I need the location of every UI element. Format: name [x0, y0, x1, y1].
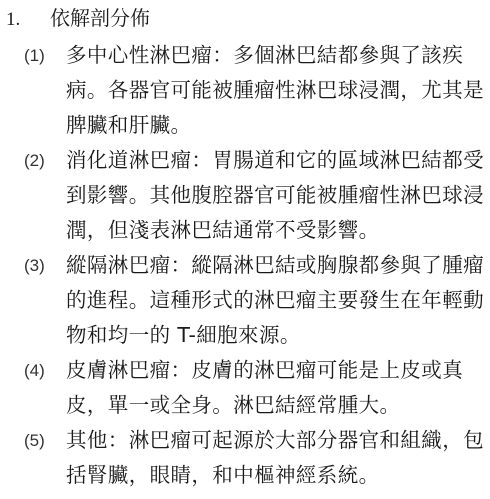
text-line: 其他：淋巴瘤可起源於大部分器官和組織，包 — [66, 423, 478, 458]
section-number: 1. — [6, 6, 50, 34]
item-marker: (4) — [24, 353, 45, 388]
text-line: 的進程。這種形式的淋巴瘤主要發生在年輕動 — [66, 283, 478, 318]
text-line: 物和均一的 T-細胞來源。 — [66, 318, 478, 353]
text-line: 縱隔淋巴瘤：縱隔淋巴結或胸腺都參與了腫瘤 — [66, 248, 478, 283]
text-line: 皮膚淋巴瘤：皮膚的淋巴瘤可能是上皮或真 — [66, 353, 478, 388]
item-text: 其他：淋巴瘤可起源於大部分器官和組織，包 括腎臟，眼睛，和中樞神經系統。 — [66, 423, 478, 493]
item-marker: (2) — [24, 143, 45, 178]
item-text: 縱隔淋巴瘤：縱隔淋巴結或胸腺都參與了腫瘤 的進程。這種形式的淋巴瘤主要發生在年輕… — [66, 248, 478, 353]
item-text: 皮膚淋巴瘤：皮膚的淋巴瘤可能是上皮或真 皮，單一或全身。淋巴結經常腫大。 — [66, 353, 478, 423]
section-title: 依解剖分佈 — [50, 6, 150, 30]
item-text: 消化道淋巴瘤：胃腸道和它的區域淋巴結都受 到影響。其他腹腔器官可能被腫瘤性淋巴球… — [66, 143, 478, 248]
item-text: 多中心性淋巴瘤：多個淋巴結都參與了該疾 病。各器官可能被腫瘤性淋巴球浸潤，尤其是… — [66, 38, 478, 143]
item-marker: (1) — [24, 38, 45, 73]
text-line: 潤，但淺表淋巴結通常不受影響。 — [66, 213, 478, 248]
text-line: 脾臟和肝臟。 — [66, 108, 478, 143]
item-marker: (3) — [24, 248, 45, 283]
text-line: 多中心性淋巴瘤：多個淋巴結都參與了該疾 — [66, 38, 478, 73]
text-line: 皮，單一或全身。淋巴結經常腫大。 — [66, 388, 478, 423]
section-heading: 1.依解剖分佈 — [6, 4, 150, 34]
text-line: 病。各器官可能被腫瘤性淋巴球浸潤，尤其是 — [66, 73, 478, 108]
text-line: 消化道淋巴瘤：胃腸道和它的區域淋巴結都受 — [66, 143, 478, 178]
item-marker: (5) — [24, 423, 45, 458]
text-line: 到影響。其他腹腔器官可能被腫瘤性淋巴球浸 — [66, 178, 478, 213]
text-line: 括腎臟，眼睛，和中樞神經系統。 — [66, 458, 478, 493]
